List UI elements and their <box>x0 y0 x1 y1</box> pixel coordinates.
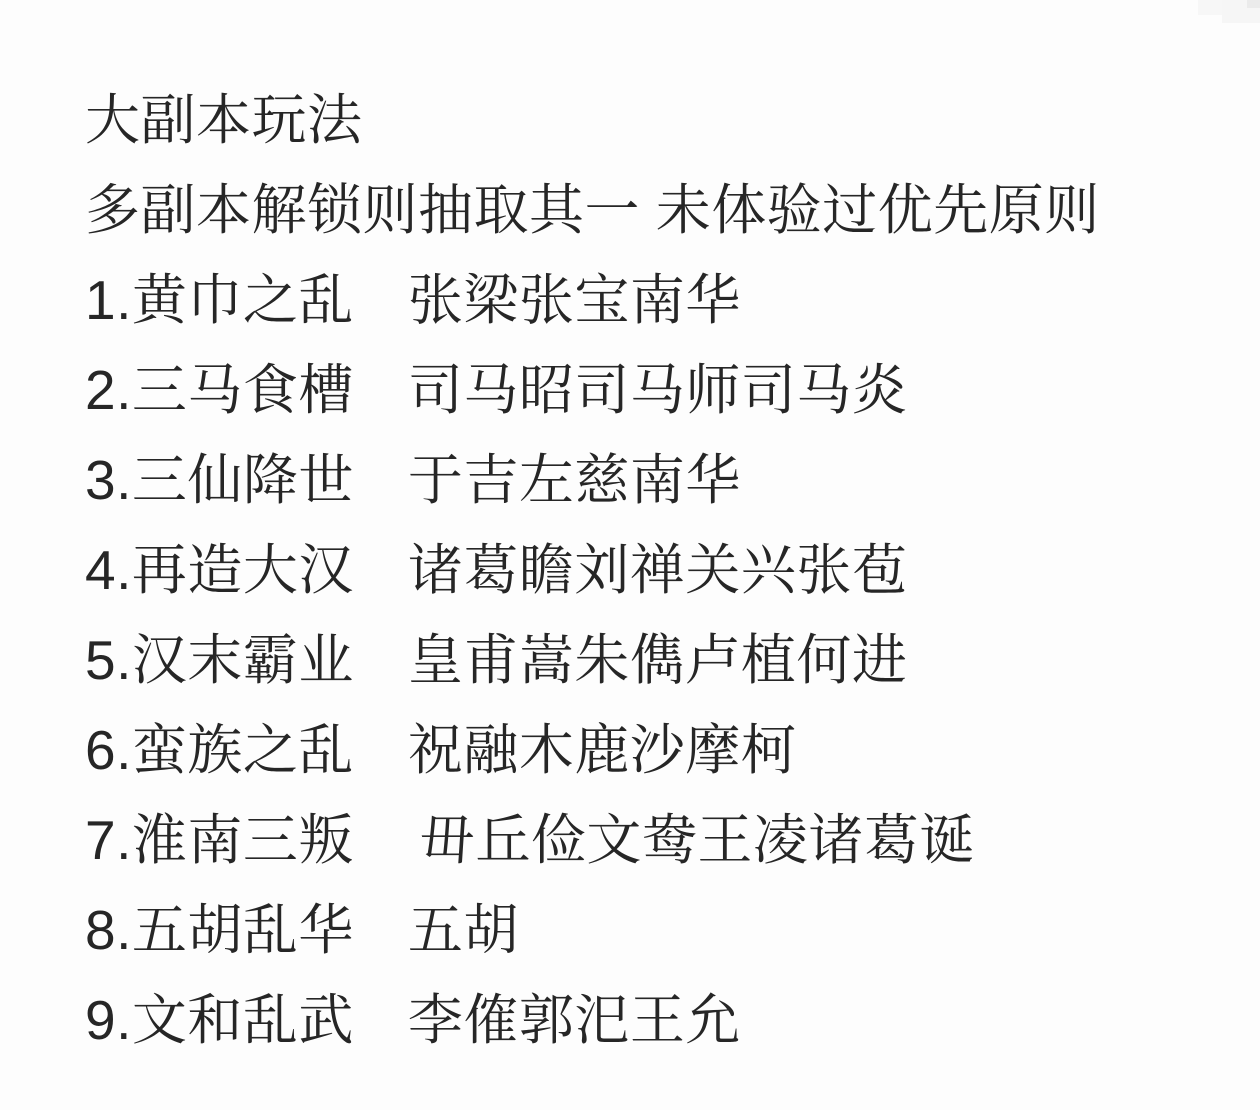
entry-row: 9.文和乱武李傕郭汜王允 <box>85 975 1260 1065</box>
entry-heroes: 张梁张宝南华 <box>408 269 741 331</box>
entry-heroes: 五胡 <box>408 899 519 961</box>
entry-row: 5.汉末霸业皇甫嵩朱儁卢植何进 <box>85 615 1260 705</box>
corner-shade <box>1247 0 1260 8</box>
entry-heroes: 司马昭司马师司马炎 <box>408 359 908 421</box>
entry-heroes: 李傕郭汜王允 <box>408 989 741 1051</box>
entry-label: 1.黄巾之乱 <box>85 269 354 331</box>
entry-heroes: 于吉左慈南华 <box>408 449 741 511</box>
page-title: 大副本玩法 <box>85 75 1260 165</box>
entry-row: 3.三仙降世于吉左慈南华 <box>85 435 1260 525</box>
entry-label: 8.五胡乱华 <box>85 899 354 961</box>
entry-label: 6.蛮族之乱 <box>85 719 354 781</box>
entry-row: 8.五胡乱华五胡 <box>85 885 1260 975</box>
entry-label: 2.三马食槽 <box>85 359 354 421</box>
entry-label: 7.淮南三叛 <box>85 809 354 871</box>
page-subtitle: 多副本解锁则抽取其一 未体验过优先原则 <box>85 165 1260 255</box>
entry-label: 5.汉末霸业 <box>85 629 354 691</box>
entry-row: 4.再造大汉诸葛瞻刘禅关兴张苞 <box>85 525 1260 615</box>
entry-row: 7.淮南三叛毌丘俭文鸯王凌诸葛诞 <box>85 795 1260 885</box>
entry-heroes: 祝融木鹿沙摩柯 <box>408 719 797 781</box>
entry-label: 4.再造大汉 <box>85 539 354 601</box>
entry-heroes: 诸葛瞻刘禅关兴张苞 <box>408 539 908 601</box>
note-page: 大副本玩法 多副本解锁则抽取其一 未体验过优先原则 1.黄巾之乱张梁张宝南华 2… <box>0 0 1260 1110</box>
entry-row: 2.三马食槽司马昭司马师司马炎 <box>85 345 1260 435</box>
entry-label: 9.文和乱武 <box>85 989 354 1051</box>
entry-heroes: 皇甫嵩朱儁卢植何进 <box>408 629 908 691</box>
entry-row: 1.黄巾之乱张梁张宝南华 <box>85 255 1260 345</box>
entry-heroes: 毌丘俭文鸯王凌诸葛诞 <box>420 809 975 871</box>
entry-row: 6.蛮族之乱祝融木鹿沙摩柯 <box>85 705 1260 795</box>
entry-label: 3.三仙降世 <box>85 449 354 511</box>
